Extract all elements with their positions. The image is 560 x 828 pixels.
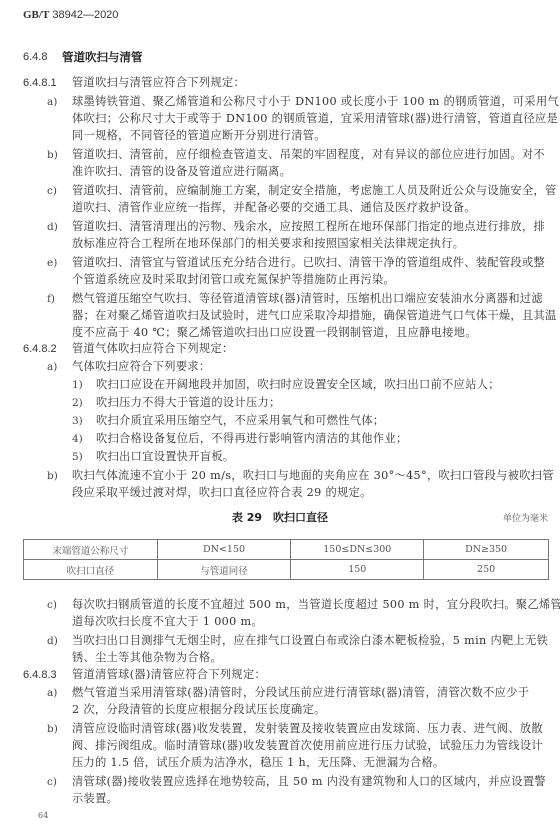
item-text-line: 同一规格，不同管径的管道应断开分别进行清管。 <box>72 129 326 143</box>
subitem-text: 吹扫口应设在开阔地段并加固，吹扫时应设置安全区域，吹扫出口前不应站人； <box>96 378 500 392</box>
page-number: 64 <box>38 811 48 820</box>
item-text-line: 气体吹扫应符合下列要求： <box>72 360 210 374</box>
item-label: f) <box>47 292 55 306</box>
item-label: c) <box>47 598 57 612</box>
clause-number: 6.4.8.1 <box>23 76 57 90</box>
item-label: b) <box>47 469 58 483</box>
item-text-line: 道每次吹扫长度不宜大于 1 000 m。 <box>72 615 263 629</box>
item-text-line: 压力的 1.5 倍，试压介质为洁净水，稳压 1 h，无压降、无泄漏为合格。 <box>72 756 445 770</box>
table-row: 吹扫口直径 与管道同径 150 250 <box>24 560 549 580</box>
standard-prefix: GB/T <box>23 9 49 21</box>
item-text-line: 燃气管道压缩空气吹扫、等径管道清管球(器)清管时，压缩机出口端应安装油水分离器和… <box>72 292 543 306</box>
table-cell: DN≥350 <box>424 540 549 560</box>
item-text-line: 清管应设临时清管球(器)收发装置，发射装置及接收装置应由发球筒、压力表、进气阀、… <box>72 722 543 736</box>
item-text-line: 段应采取平缓过渡对焊，吹扫口直径应符合表 29 的规定。 <box>72 486 372 500</box>
item-label: b) <box>47 148 58 162</box>
table-cell: DN<150 <box>157 540 291 560</box>
item-text-line: 个管道系统应及时采取封闭管口或充氮保护等措施防止再污染。 <box>72 273 395 287</box>
clause-title: 管道吹扫与清管应符合下列规定： <box>72 76 245 90</box>
item-text-line: 球墨铸铁管道、聚乙烯管道和公称尺寸小于 DN100 或长度小于 100 m 的钢… <box>72 95 559 109</box>
item-label: a) <box>47 686 57 700</box>
subitem-label: 3) <box>72 414 83 428</box>
item-text-line: 燃气管道当采用清管球(器)清管时，分段试压前应进行清管球(器)清管，清管次数不应… <box>72 686 529 700</box>
section-title: 管道吹扫与清管 <box>62 50 143 64</box>
table-cell: 与管道同径 <box>157 560 291 580</box>
item-text-line: 道吹扫、清管作业应统一指挥，并配备必要的交通工具、通信及医疗救护设备。 <box>72 201 476 215</box>
subitem-label: 1) <box>72 378 83 392</box>
subitem-label: 4) <box>72 432 83 446</box>
item-text-line: 管道吹扫、清管清理出的污物、残余水，应按照工程所在地环保部门指定的地点进行排放，… <box>72 220 545 234</box>
clause-number: 6.4.8.3 <box>23 668 57 682</box>
item-label: a) <box>47 95 57 109</box>
item-text-line: 阀、排污阀组成。临时清管球(器)收发装置首次使用前应进行压力试验，试验压力为管线… <box>72 739 543 753</box>
subitem-text: 吹扫出口宜设置快开盲板。 <box>96 450 234 464</box>
subitem-label: 2) <box>72 396 83 410</box>
item-text-line: 度不应高于 40 ℃；聚乙烯管道吹扫出口应设置一段钢制管道，且应静电接地。 <box>72 326 477 340</box>
item-text-line: 清管球(器)接收装置应选择在地势较高，且 50 m 内没有建筑物和人口的区域内，… <box>72 775 546 789</box>
subitem-text: 吹扫压力不得大于管道的设计压力； <box>96 396 281 410</box>
item-label: d) <box>47 634 58 648</box>
item-text-line: 当吹扫出口目测排气无烟尘时，应在排气口设置白布或涂白漆木靶板检验，5 min 内… <box>72 634 548 648</box>
table-row: 末端管道公称尺寸 DN<150 150≤DN≤300 DN≥350 <box>24 540 549 560</box>
table-cell: 150 <box>291 560 424 580</box>
item-text-line: 2 次，分段清管的长度应根据分段试压长度确定。 <box>72 703 326 717</box>
item-text-line: 管道吹扫、清管宜与管道试压充分结合进行。已吹扫、清管干净的管道组成件、装配管段或… <box>72 256 545 270</box>
table-cell: 吹扫口直径 <box>24 560 158 580</box>
standard-identifier: GB/T 38942—2020 <box>23 9 118 21</box>
subitem-text: 吹扫合格设备复位后，不得再进行影响管内清洁的其他作业； <box>96 432 408 446</box>
item-text-line: 示装置。 <box>72 792 118 806</box>
subitem-label: 5) <box>72 450 83 464</box>
item-text-line: 每次吹扫钢质管道的长度不宜超过 500 m，当管道长度超过 500 m 时，宜分… <box>72 598 560 612</box>
standard-number: 38942—2020 <box>52 9 118 21</box>
section-number: 6.4.8 <box>23 50 47 64</box>
table-unit: 单位为毫米 <box>503 511 548 524</box>
item-text-line: 管道吹扫、清管前，应编制施工方案，制定安全措施，考虑施工人员及附近公众与设施安全… <box>72 184 557 198</box>
clause-title: 管道气体吹扫应符合下列规定： <box>72 342 234 356</box>
item-text-line: 管道吹扫、清管前，应仔细检查管道支、吊架的牢固程度，对有异议的部位应进行加固。对… <box>72 148 545 162</box>
item-label: d) <box>47 220 58 234</box>
item-text-line: 器；在对聚乙烯管道吹扫及试验时，进气口应采取冷却措施，确保管道进气口气体干燥，且… <box>72 309 557 323</box>
item-label: a) <box>47 360 57 374</box>
item-text-line: 吹扫气体流速不宜小于 20 m/s，吹扫口与地面的夹角应在 30°～45°，吹扫… <box>72 469 554 483</box>
item-label: c) <box>47 775 57 789</box>
item-text-line: 锈、尘土等其他杂物为合格。 <box>72 651 222 665</box>
item-label: c) <box>47 184 57 198</box>
item-text-line: 体吹扫；公称尺寸大于或等于 DN100 的钢质管道，宜采用清管球(器)进行清管，… <box>72 112 558 126</box>
table-caption: 表 29 吹扫口直径 <box>0 509 560 525</box>
item-label: b) <box>47 722 58 736</box>
table-cell: 250 <box>424 560 549 580</box>
item-text-line: 准许吹扫、清管的设备及管道应进行隔离。 <box>72 165 291 179</box>
clause-title: 管道清管球(器)清管应符合下列规定： <box>72 668 266 682</box>
item-label: e) <box>47 256 57 270</box>
table-cell: 150≤DN≤300 <box>291 540 424 560</box>
table-cell: 末端管道公称尺寸 <box>24 540 158 560</box>
document-page: GB/T 38942—2020 6.4.8 管道吹扫与清管 6.4.8.1 管道… <box>0 0 560 828</box>
table-29: 末端管道公称尺寸 DN<150 150≤DN≤300 DN≥350 吹扫口直径 … <box>23 539 549 580</box>
subitem-text: 吹扫介质宜采用压缩空气，不应采用氧气和可燃性气体； <box>96 414 384 428</box>
clause-number: 6.4.8.2 <box>23 342 57 356</box>
item-text-line: 放标准应符合工程所在地环保部门的相关要求和按照国家相关法律规定执行。 <box>72 237 464 251</box>
